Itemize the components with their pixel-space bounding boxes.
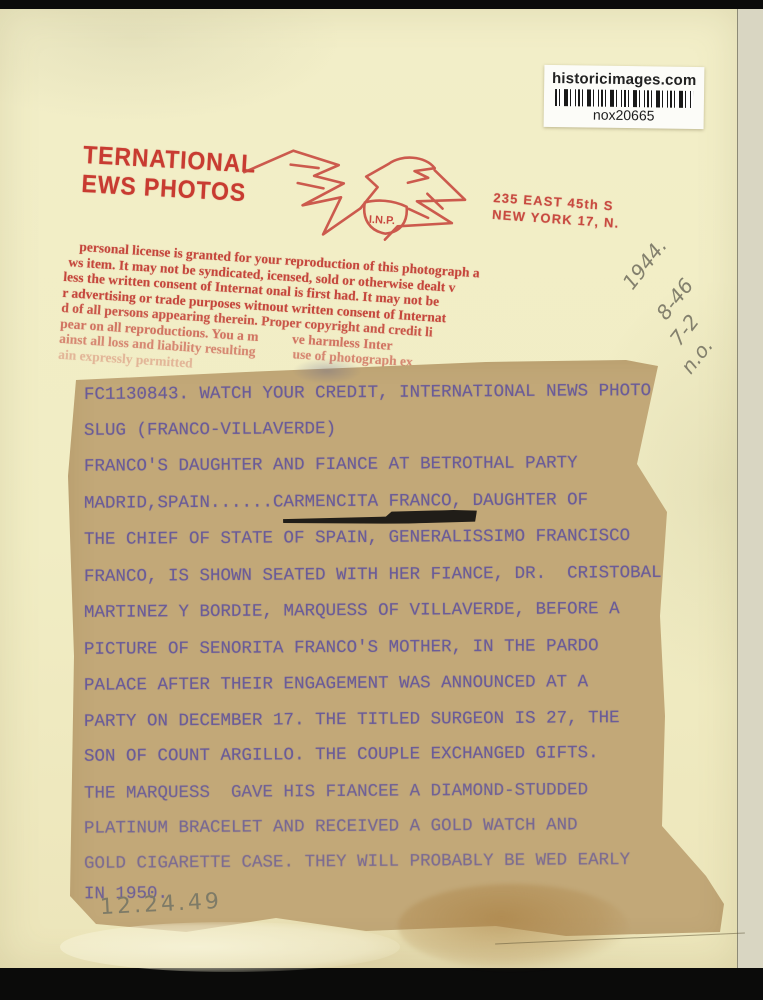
- caption-line: GOLD CIGARETTE CASE. THEY WILL PROBABLY …: [84, 850, 630, 874]
- caption-line: THE CHIEF OF STATE OF SPAIN, GENERALISSI…: [84, 526, 630, 550]
- caption-line: SON OF COUNT ARGILLO. THE COUPLE EXCHANG…: [84, 743, 599, 767]
- inp-shield-initials: I.N.P.: [369, 214, 396, 227]
- caption-line: PLATINUM BRACELET AND RECEIVED A GOLD WA…: [84, 815, 578, 838]
- inventory-sticker: historicimages.com nox20665: [544, 65, 705, 129]
- scan-edge-right: [737, 0, 763, 1000]
- caption-line: THE MARQUESS GAVE HIS FIANCEE A DIAMOND-…: [84, 780, 588, 804]
- press-photo-back-scan: historicimages.com nox20665 TERNATIONALE…: [0, 0, 763, 1000]
- caption-line: PICTURE OF SENORITA FRANCO'S MOTHER, IN …: [84, 636, 599, 660]
- sticker-site-text: historicimages.com: [552, 70, 697, 89]
- caption-line: SLUG (FRANCO-VILLAVERDE): [84, 419, 336, 441]
- agency-name-stamp: TERNATIONALEWS PHOTOS: [81, 141, 257, 209]
- caption-line: MARTINEZ Y BORDIE, MARQUESS OF VILLAVERD…: [84, 599, 620, 623]
- caption-line: PARTY ON DECEMBER 17. THE TITLED SURGEON…: [84, 708, 620, 732]
- sticker-code-text: nox20665: [593, 108, 655, 124]
- scan-edge-top: [0, 0, 763, 9]
- barcode-icon: [555, 89, 693, 108]
- scan-edge-bottom: [0, 968, 763, 1000]
- caption-line: PALACE AFTER THEIR ENGAGEMENT WAS ANNOUN…: [84, 672, 588, 696]
- stain: [398, 884, 628, 969]
- caption-line: FRANCO'S DAUGHTER AND FIANCE AT BETROTHA…: [84, 453, 578, 476]
- inp-eagle-logo-icon: I.N.P.: [234, 140, 474, 257]
- caption-line: MADRID,SPAIN......CARMENCITA FRANCO, DAU…: [84, 490, 588, 514]
- caption-line: FC1130843. WATCH YOUR CREDIT, INTERNATIO…: [84, 381, 651, 405]
- ink-smudge: [292, 358, 362, 384]
- paper-tear-highlight: [60, 922, 400, 972]
- caption-line: FRANCO, IS SHOWN SEATED WITH HER FIANCE,…: [84, 563, 662, 587]
